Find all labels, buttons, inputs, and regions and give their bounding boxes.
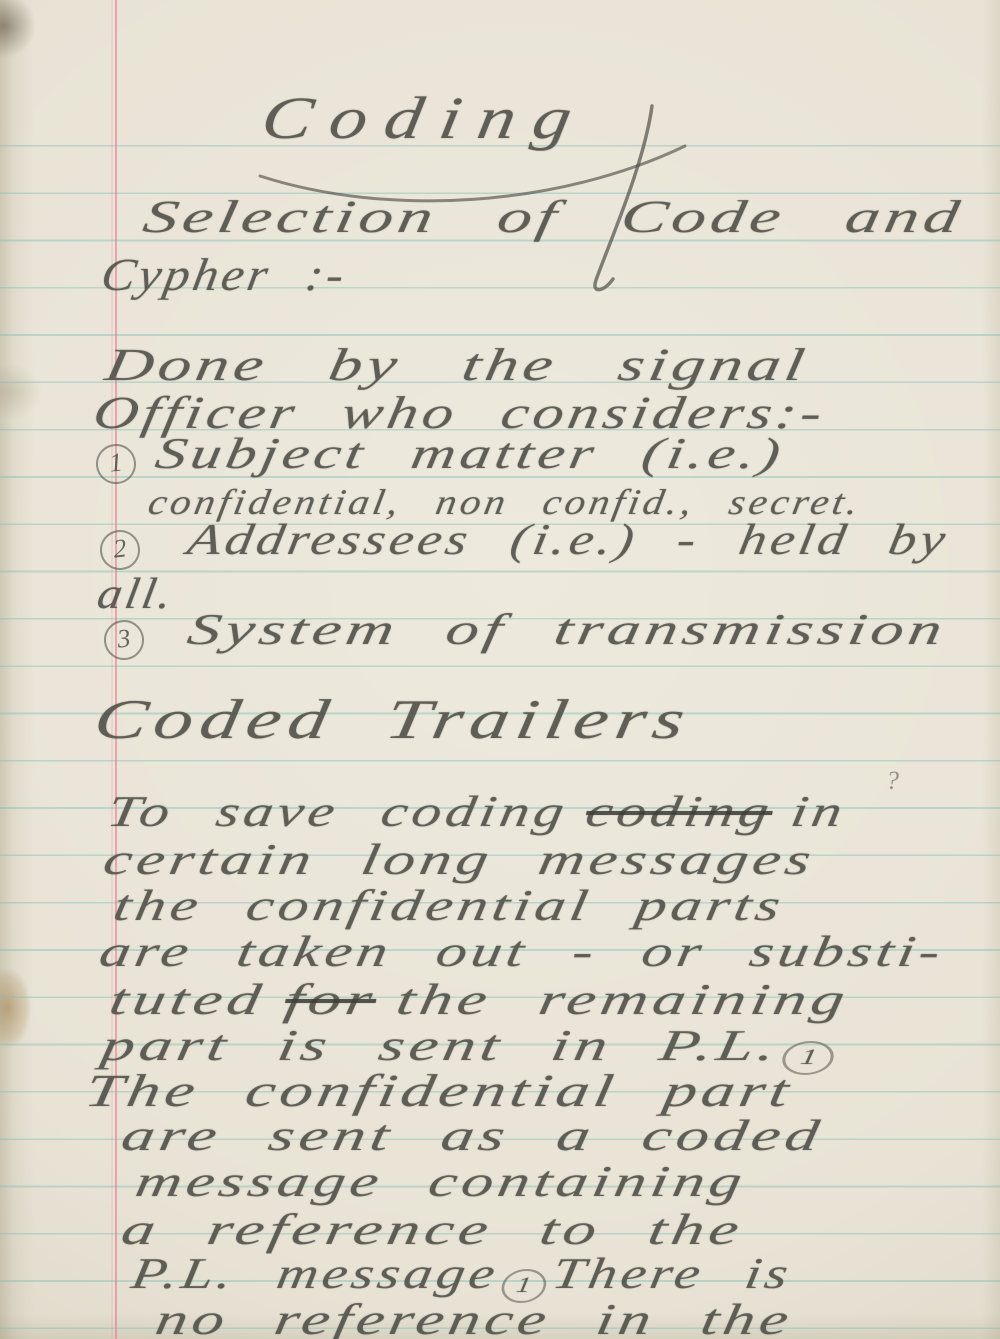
trailers-line2: certain long messages [100, 838, 818, 882]
trailers-line5: tutedforthe remaining [106, 978, 852, 1022]
list-item-3-marker: 3 [102, 618, 146, 662]
margin-line [115, 0, 117, 1339]
trailers-line7: The confidential part [82, 1068, 797, 1114]
trailers-line1-struck-word: coding [582, 787, 777, 836]
notebook-page: Coding Selection of Code and Cypher :- D… [0, 0, 1000, 1339]
trailers-line11-b: There is [549, 1249, 796, 1298]
trailers-line10: a reference to the [118, 1208, 747, 1252]
list-item-3-text: System of transmission [184, 608, 950, 652]
question-mark-annotation: ? [886, 766, 899, 796]
trailers-line1: To save codingcodingin [104, 790, 849, 834]
trailers-line9: message containing [132, 1160, 749, 1204]
list-item-2-continuation: all. [94, 572, 178, 616]
trailers-line12: no reference in the [152, 1298, 796, 1339]
trailers-line3: the confidential parts [110, 884, 788, 928]
trailers-line5-a: tuted [106, 975, 269, 1024]
list-item-1-marker: 1 [94, 442, 138, 486]
trailers-line11-a: P.L. message [128, 1249, 503, 1298]
list-item-1-text: Subject matter (i.e.) [152, 432, 788, 476]
intro-line1: Done by the signal [102, 342, 812, 388]
trailers-line8: are sent as a coded [118, 1114, 826, 1158]
list-item-2-text: Addressees (i.e.) - held by [184, 518, 952, 562]
trailers-line5-b: the remaining [393, 975, 853, 1024]
list-item-2-marker: 2 [98, 528, 142, 572]
trailers-heading: Coded Trailers [90, 692, 696, 748]
selection-heading-line2: Cypher :- [98, 252, 351, 298]
trailers-line1-b: in [787, 787, 850, 836]
trailers-line4: are taken out - or substi- [96, 930, 947, 974]
trailers-line5-struck-word: for [281, 975, 380, 1024]
page-title: Coding [257, 88, 593, 148]
trailers-line6-text: part is sent in P.L. [98, 1021, 784, 1070]
trailers-line1-a: To save coding [104, 787, 572, 836]
selection-heading-line1: Selection of Code and [140, 194, 967, 240]
